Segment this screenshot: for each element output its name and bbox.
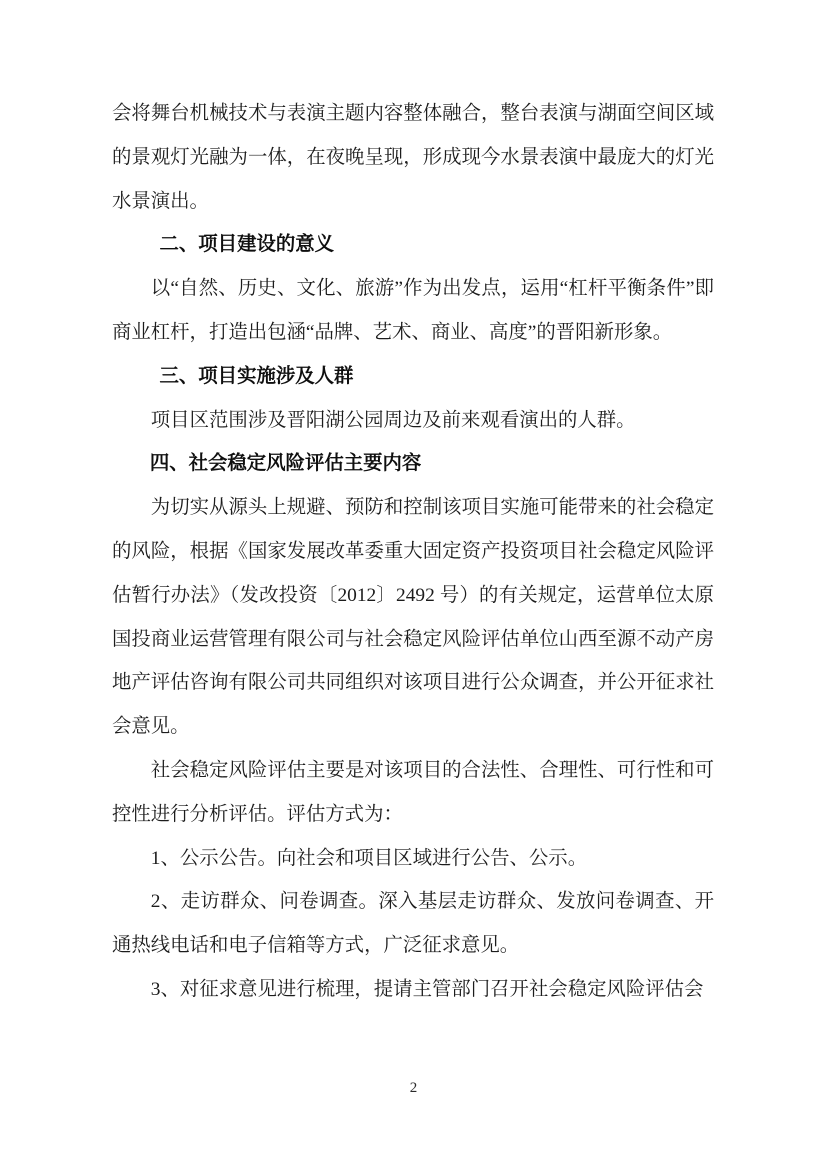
body-paragraph: 项目区范围涉及晋阳湖公园周边及前来观看演出的人群。 — [112, 399, 714, 443]
list-item-3: 3、对征求意见进行梳理，提请主管部门召开社会稳定风险评估会 — [112, 968, 714, 1012]
body-paragraph: 会将舞台机械技术与表演主题内容整体融合，整台表演与湖面空间区域的景观灯光融为一体… — [112, 92, 714, 223]
body-paragraph: 为切实从源头上规避、预防和控制该项目实施可能带来的社会稳定的风险，根据《国家发展… — [112, 486, 714, 749]
page-number: 2 — [0, 1078, 827, 1098]
body-paragraph: 以“自然、历史、文化、旅游”作为出发点，运用“杠杆平衡条件”即商业杠杆，打造出包… — [112, 267, 714, 355]
section-heading-4: 四、社会稳定风险评估主要内容 — [112, 442, 714, 486]
section-heading-3: 三、项目实施涉及人群 — [112, 355, 714, 399]
body-paragraph: 社会稳定风险评估主要是对该项目的合法性、合理性、可行性和可控性进行分析评估。评估… — [112, 749, 714, 837]
list-item-1: 1、公示公告。向社会和项目区域进行公告、公示。 — [112, 837, 714, 881]
document-body: 会将舞台机械技术与表演主题内容整体融合，整台表演与湖面空间区域的景观灯光融为一体… — [112, 92, 714, 1012]
section-heading-2: 二、项目建设的意义 — [112, 223, 714, 267]
list-item-2: 2、走访群众、问卷调查。深入基层走访群众、发放问卷调查、开通热线电话和电子信箱等… — [112, 880, 714, 968]
document-page: 会将舞台机械技术与表演主题内容整体融合，整台表演与湖面空间区域的景观灯光融为一体… — [0, 0, 827, 1170]
